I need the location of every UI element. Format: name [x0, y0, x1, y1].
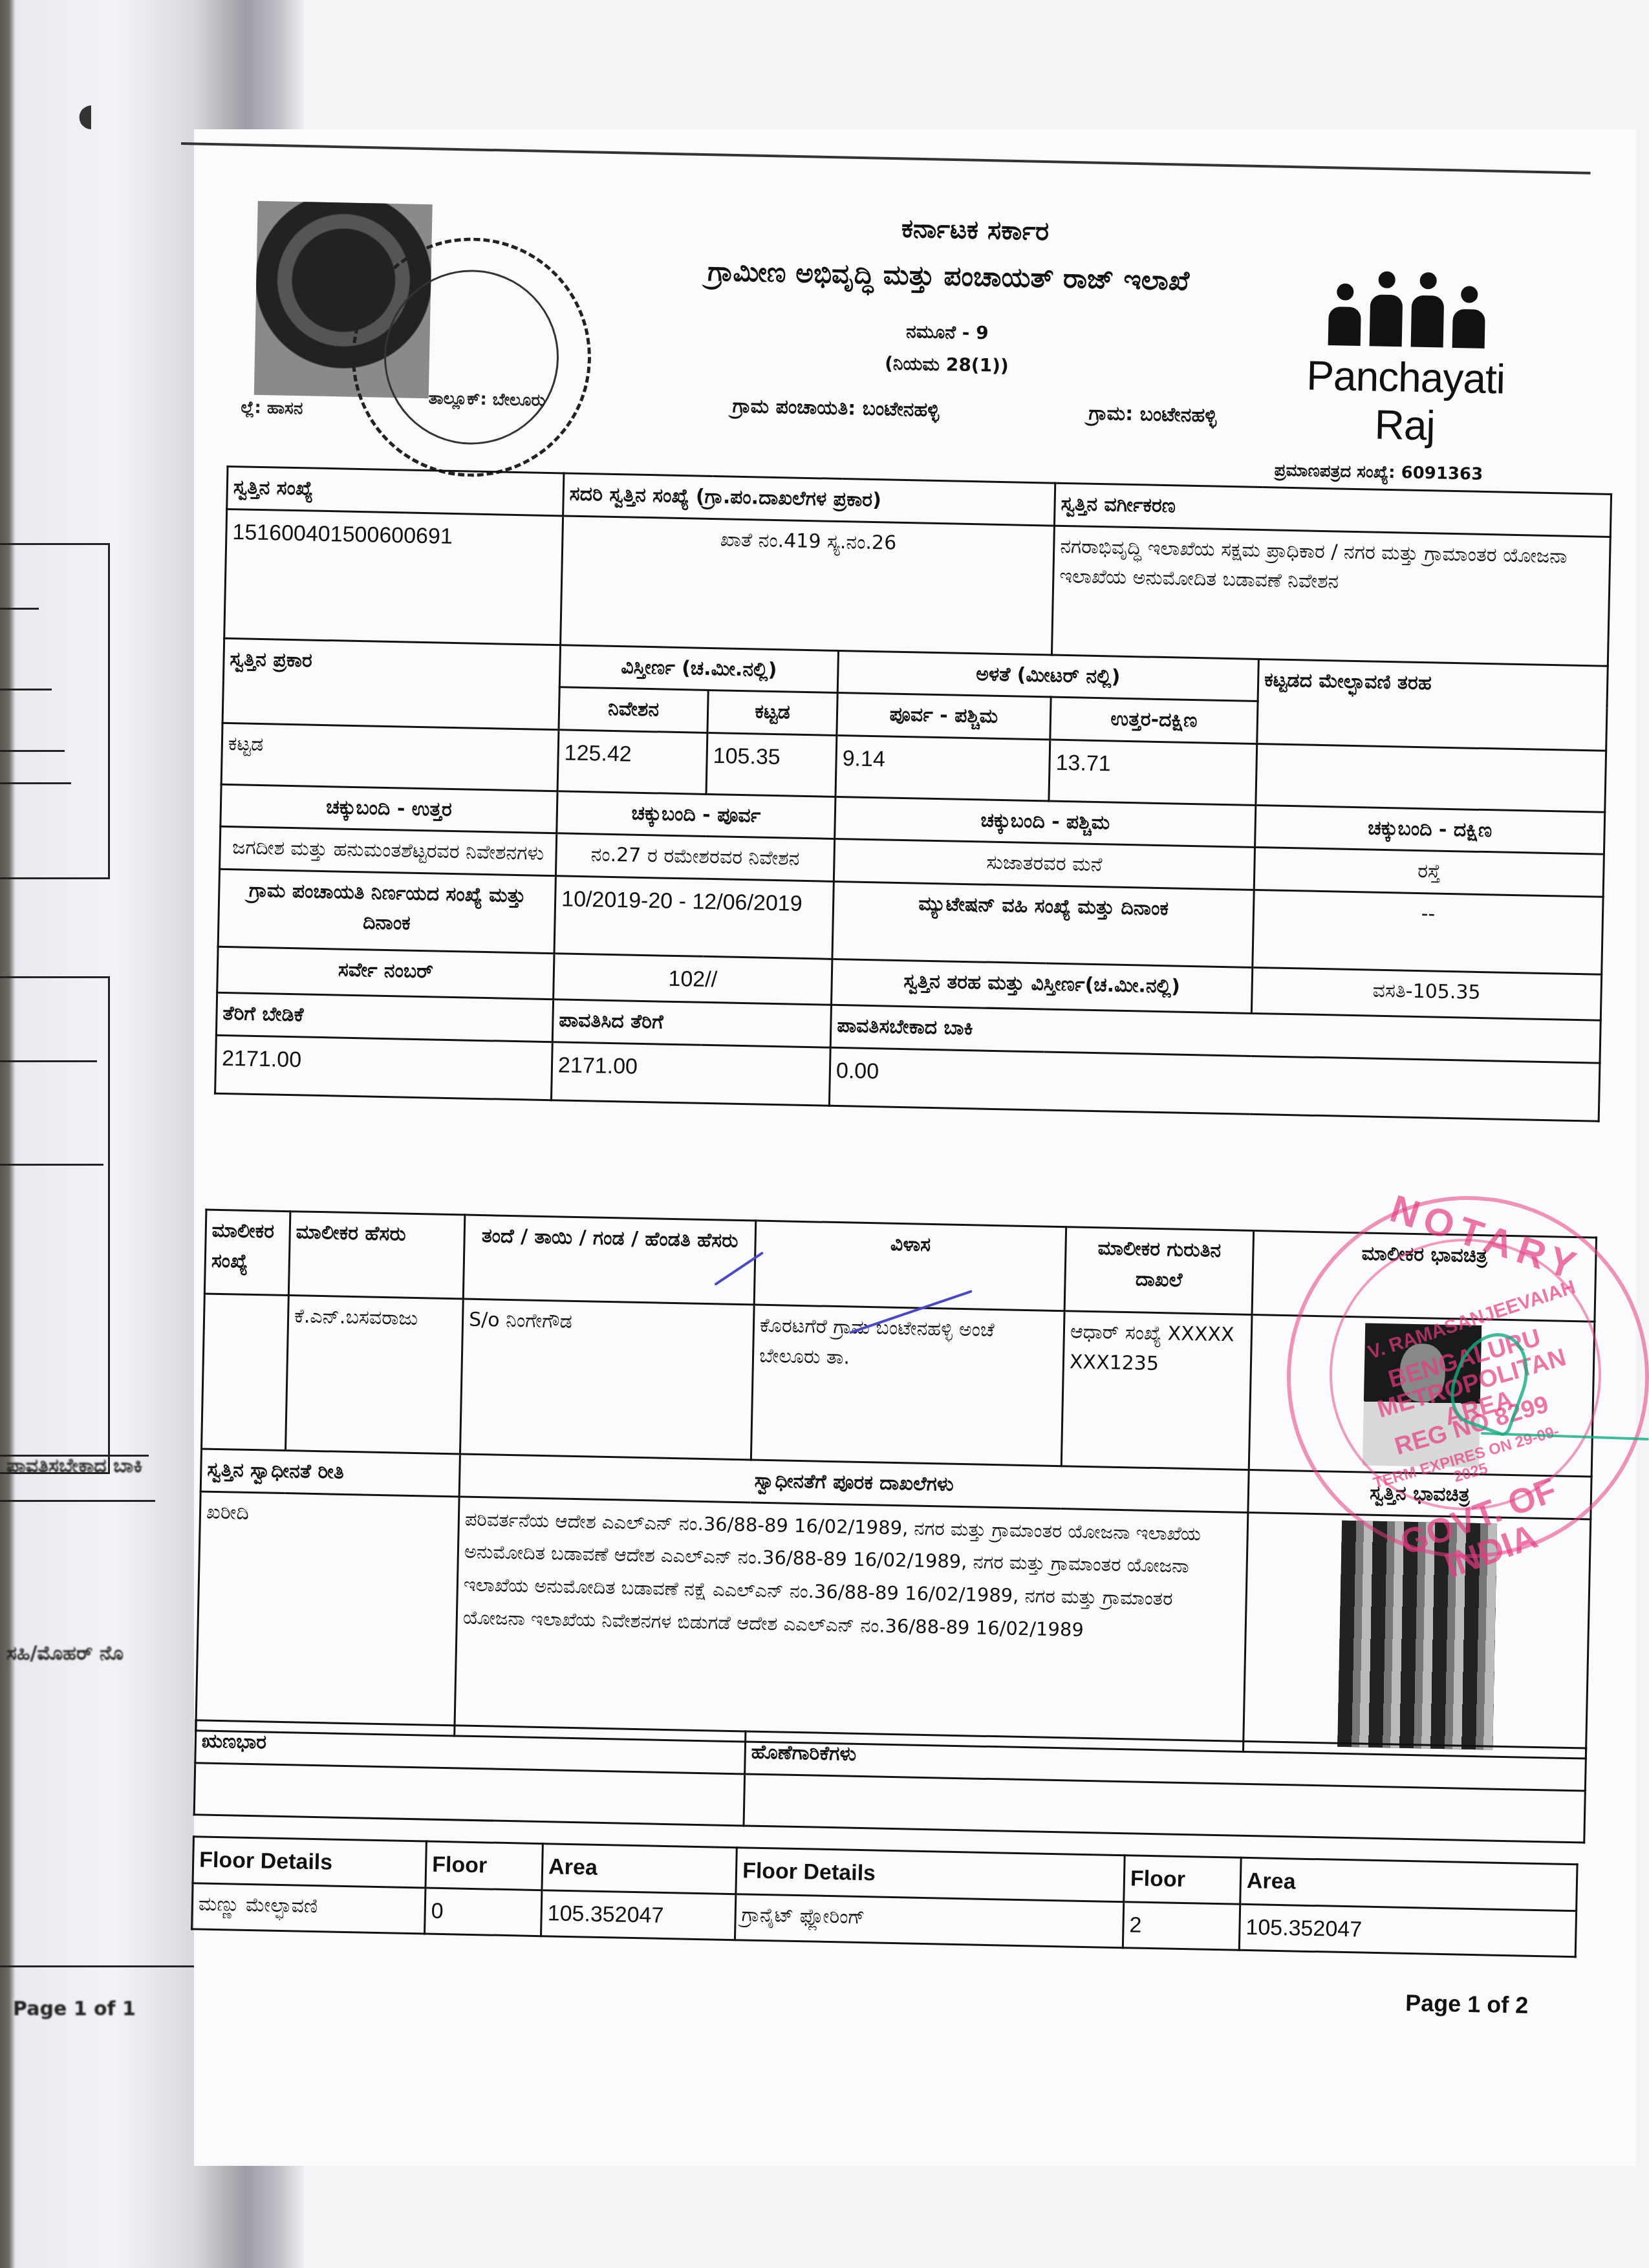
boundary-north-value: ಜಗದೀಶ ಮತ್ತು ಹನುಮಂತಶೆಟ್ಟರವರ ನಿವೇಶನಗಳು: [220, 826, 557, 875]
floor-details-table: Floor Details Floor Area Floor Details F…: [191, 1835, 1579, 1958]
village-name: ಗ್ರಾಮ: ಬಂಟೇನಹಳ್ಳಿ: [1023, 401, 1282, 429]
tax-demand-label: ತೆರಿಗೆ ಬೇಡಿಕೆ: [216, 992, 553, 1042]
floor-cell: 0: [425, 1888, 542, 1936]
floor-cell: ಗ್ರಾನೈಟ್ ಫ್ಲೋರಿಂಗ್: [735, 1894, 1123, 1948]
property-type-label: ಸ್ವತ್ತಿನ ಪ್ರಕಾರ: [222, 638, 561, 729]
property-form-9: ಲ್ಲೆ: ಹಾಸನ ತಾಲ್ಲೂಕ್: ಬೇಲೂರು ಕರ್ನಾಟಕ ಸರ್ಕ…: [195, 162, 1617, 2064]
government-title: ಕರ್ನಾಟಕ ಸರ್ಕಾರ: [814, 212, 1137, 248]
property-id-label: ಸ್ವತ್ತಿನ ಸಂಖ್ಯೆ: [227, 466, 564, 515]
floor-header-4: Floor: [1124, 1856, 1241, 1904]
acquisition-method-value: ಖರೀದಿ: [196, 1491, 459, 1735]
binding-mark: ◖: [78, 97, 94, 133]
owner-address: ಕೊರಟಗೆರೆ ಗ್ರಾಮ ಬಂಟೇನಹಳ್ಳಿ ಅಂಚೆ ಬೇಲೂರು ತಾ…: [751, 1305, 1064, 1466]
boundary-east-label: ಚಕ್ಕುಬಂದಿ - ಪೂರ್ವ: [557, 791, 835, 839]
owner-relation-header: ತಂದೆ / ತಾಯಿ / ಗಂಡ / ಹೆಂಡತಿ ಹೆಸರು: [463, 1215, 756, 1305]
floor-cell: 2: [1123, 1901, 1240, 1950]
dims-ew-value: 9.14: [835, 735, 1050, 801]
boundary-south-label: ಚಕ್ಕುಬಂದಿ - ದಕ್ಷಿಣ: [1255, 805, 1605, 854]
area-building-value: 105.35: [706, 733, 837, 797]
floor-header-1: Floor: [426, 1841, 543, 1890]
tax-demand-value: 2171.00: [215, 1035, 553, 1100]
boundary-south-value: ರಸ್ತೆ: [1254, 847, 1604, 896]
area-building-label: ಕಟ್ಟಡ: [707, 690, 837, 735]
gp-record-value: ಖಾತೆ ನಂ.419 ಸ್ಯ.ನಂ.26: [561, 515, 1055, 654]
owner-id-doc: ಆಧಾರ್ ಸಂಖ್ಯೆ XXXXXXXX1235: [1061, 1311, 1252, 1470]
area-site-label: ನಿವೇಶನ: [559, 687, 708, 733]
left-page-number: Page 1 of 1: [13, 1998, 136, 2020]
floor-header-2: Area: [542, 1844, 737, 1894]
roof-value: [1256, 744, 1606, 812]
property-id-value: 151600401500600691: [224, 509, 563, 645]
divider: [0, 1060, 97, 1062]
acquisition-docs-value: ಪರಿವರ್ತನೆಯ ಆದೇಶ ಎಎಲ್ಎನ್ ನಂ.36/88-89 16/0…: [455, 1496, 1248, 1751]
floor-header-3: Floor Details: [736, 1848, 1125, 1902]
resolution-label: ಗ್ರಾಮ ಪಂಚಾಯತಿ ನಿರ್ಣಯದ ಸಂಖ್ಯೆ ಮತ್ತು ದಿನಾಂ…: [218, 869, 555, 953]
usage-label: ಸ್ವತ್ತಿನ ತರಹ ಮತ್ತು ವಿಸ್ತೀರ್ಣ(ಚ.ಮೀ.ನಲ್ಲಿ): [832, 959, 1253, 1014]
owner-relation: S/o ನಿಂಗೇಗೌಡ: [460, 1299, 754, 1460]
rule-number: (ನಿಯಮ 28(1)): [811, 351, 1083, 378]
floor-cell: 105.352047: [541, 1890, 736, 1940]
boundary-east-value: ನಂ.27 ರ ರಮೇಶರವರ ನಿವೇಶನ: [555, 833, 834, 881]
survey-label: ಸರ್ವೇ ನಂಬರ್: [217, 947, 554, 1000]
divider: [0, 1164, 103, 1166]
owner-sl-header: ಮಾಲೀಕರ ಸಂಖ್ಯೆ: [204, 1210, 290, 1296]
floor-header-5: Area: [1240, 1857, 1577, 1910]
area-site-value: 125.42: [557, 729, 707, 794]
left-table-2: [0, 976, 110, 1474]
property-table: ಸ್ವತ್ತಿನ ಸಂಖ್ಯೆ ಸದರಿ ಸ್ವತ್ತಿನ ಸಂಖ್ಯೆ (ಗ್…: [214, 465, 1612, 1122]
page-number: Page 1 of 2: [1405, 1989, 1529, 2019]
acquisition-method-label: ಸ್ವತ್ತಿನ ಸ್ವಾಧೀನತೆ ರೀತಿ: [200, 1449, 460, 1497]
divider: [0, 689, 52, 690]
dims-ew-label: ಪೂರ್ವ - ಪಶ್ಚಿಮ: [837, 692, 1051, 739]
divider: [0, 782, 71, 784]
taluk-stamp-text: ತಾಲ್ಲೂಕ್: ಬೇಲೂರು: [428, 389, 545, 411]
department-title: ಗ್ರಾಮೀಣ ಅಭಿವೃದ್ಧಿ ಮತ್ತು ಪಂಚಾಯತ್ ರಾಜ್ ಇಲಾ…: [592, 253, 1304, 299]
owner-name-header: ಮಾಲೀಕರ ಹೆಸರು: [288, 1212, 465, 1299]
people-icon: [1290, 261, 1525, 349]
owner-sl: [202, 1294, 289, 1451]
property-type-value: ಕಟ್ಟಡ: [221, 723, 559, 791]
gram-panchayat-name: ಗ್ರಾಮ ಪಂಚಾಯತಿ: ಬಂಟೇನಹಳ್ಳಿ: [641, 393, 1030, 423]
classification-value: ನಗರಾಭಿವೃದ್ಧಿ ಇಲಾಖೆಯ ಸಕ್ಷಮ ಪ್ರಾಧಿಕಾರ / ನಗ…: [1051, 526, 1610, 666]
floor-cell: ಮಣ್ಣು ಮೇಲ್ಛಾವಣಿ: [192, 1883, 426, 1934]
tax-paid-label: ಪಾವತಿಸಿದ ತೆರಿಗೆ: [552, 1000, 831, 1047]
owner-name: ಕೆ.ಎನ್.ಬಸವರಾಜು: [286, 1296, 464, 1454]
logo-name: Panchayati Raj: [1288, 351, 1522, 451]
liabilities-value: [194, 1762, 744, 1825]
tax-paid-value: 2171.00: [551, 1042, 830, 1106]
left-label-balance: ಪಾವತಿಸಬೇಕಾದ ಬಾಕಿ: [6, 1455, 142, 1477]
left-table-1: [0, 543, 110, 879]
dims-ns-value: 13.71: [1049, 740, 1257, 805]
floor-cell: 105.352047: [1239, 1904, 1576, 1957]
owner-address-header: ವಿಳಾಸ: [754, 1221, 1066, 1311]
mutation-label: ಮ್ಯುಟೇಷನ್ ವಹಿ ಸಂಖ್ಯೆ ಮತ್ತು ದಿನಾಂಕ: [832, 881, 1254, 967]
divider: [0, 750, 65, 752]
mutation-value: --: [1253, 890, 1603, 974]
panchayati-raj-logo: Panchayati Raj: [1288, 261, 1524, 451]
district-label: ಲ್ಲೆ: ಹಾಸನ: [241, 398, 303, 419]
divider: [0, 608, 39, 610]
area-label: ವಿಸ್ತೀರ್ಣ (ಚ.ಮೀ.ನಲ್ಲಿ): [559, 645, 838, 692]
form-number: ನಮೂನೆ - 9: [812, 319, 1084, 346]
usage-value: ವಸತಿ-105.35: [1251, 967, 1601, 1021]
survey-value: 102//: [554, 953, 832, 1005]
boundary-north-label: ಚಕ್ಕುಬಂದಿ - ಉತ್ತರ: [221, 784, 557, 833]
floor-header-0: Floor Details: [193, 1837, 426, 1888]
divider: [0, 1500, 155, 1502]
left-label-sign: ಸಹಿ/ಮೊಹರ್ ನೊ: [6, 1642, 124, 1665]
dims-ns-label: ಉತ್ತರ-ದಕ್ಷಿಣ: [1050, 697, 1258, 744]
owner-id-header: ಮಾಲೀಕರ ಗುರುತಿನ ದಾಖಲೆ: [1064, 1227, 1254, 1315]
resolution-value: 10/2019-20 - 12/06/2019: [554, 875, 834, 959]
roof-label: ಕಟ್ಟಡದ ಮೇಲ್ಛಾವಣಿ ತರಹ: [1257, 659, 1608, 751]
certificate-number: ಪ್ರಮಾಣಪತ್ರದ ಸಂಖ್ಯೆ: 6091363: [1274, 460, 1483, 484]
